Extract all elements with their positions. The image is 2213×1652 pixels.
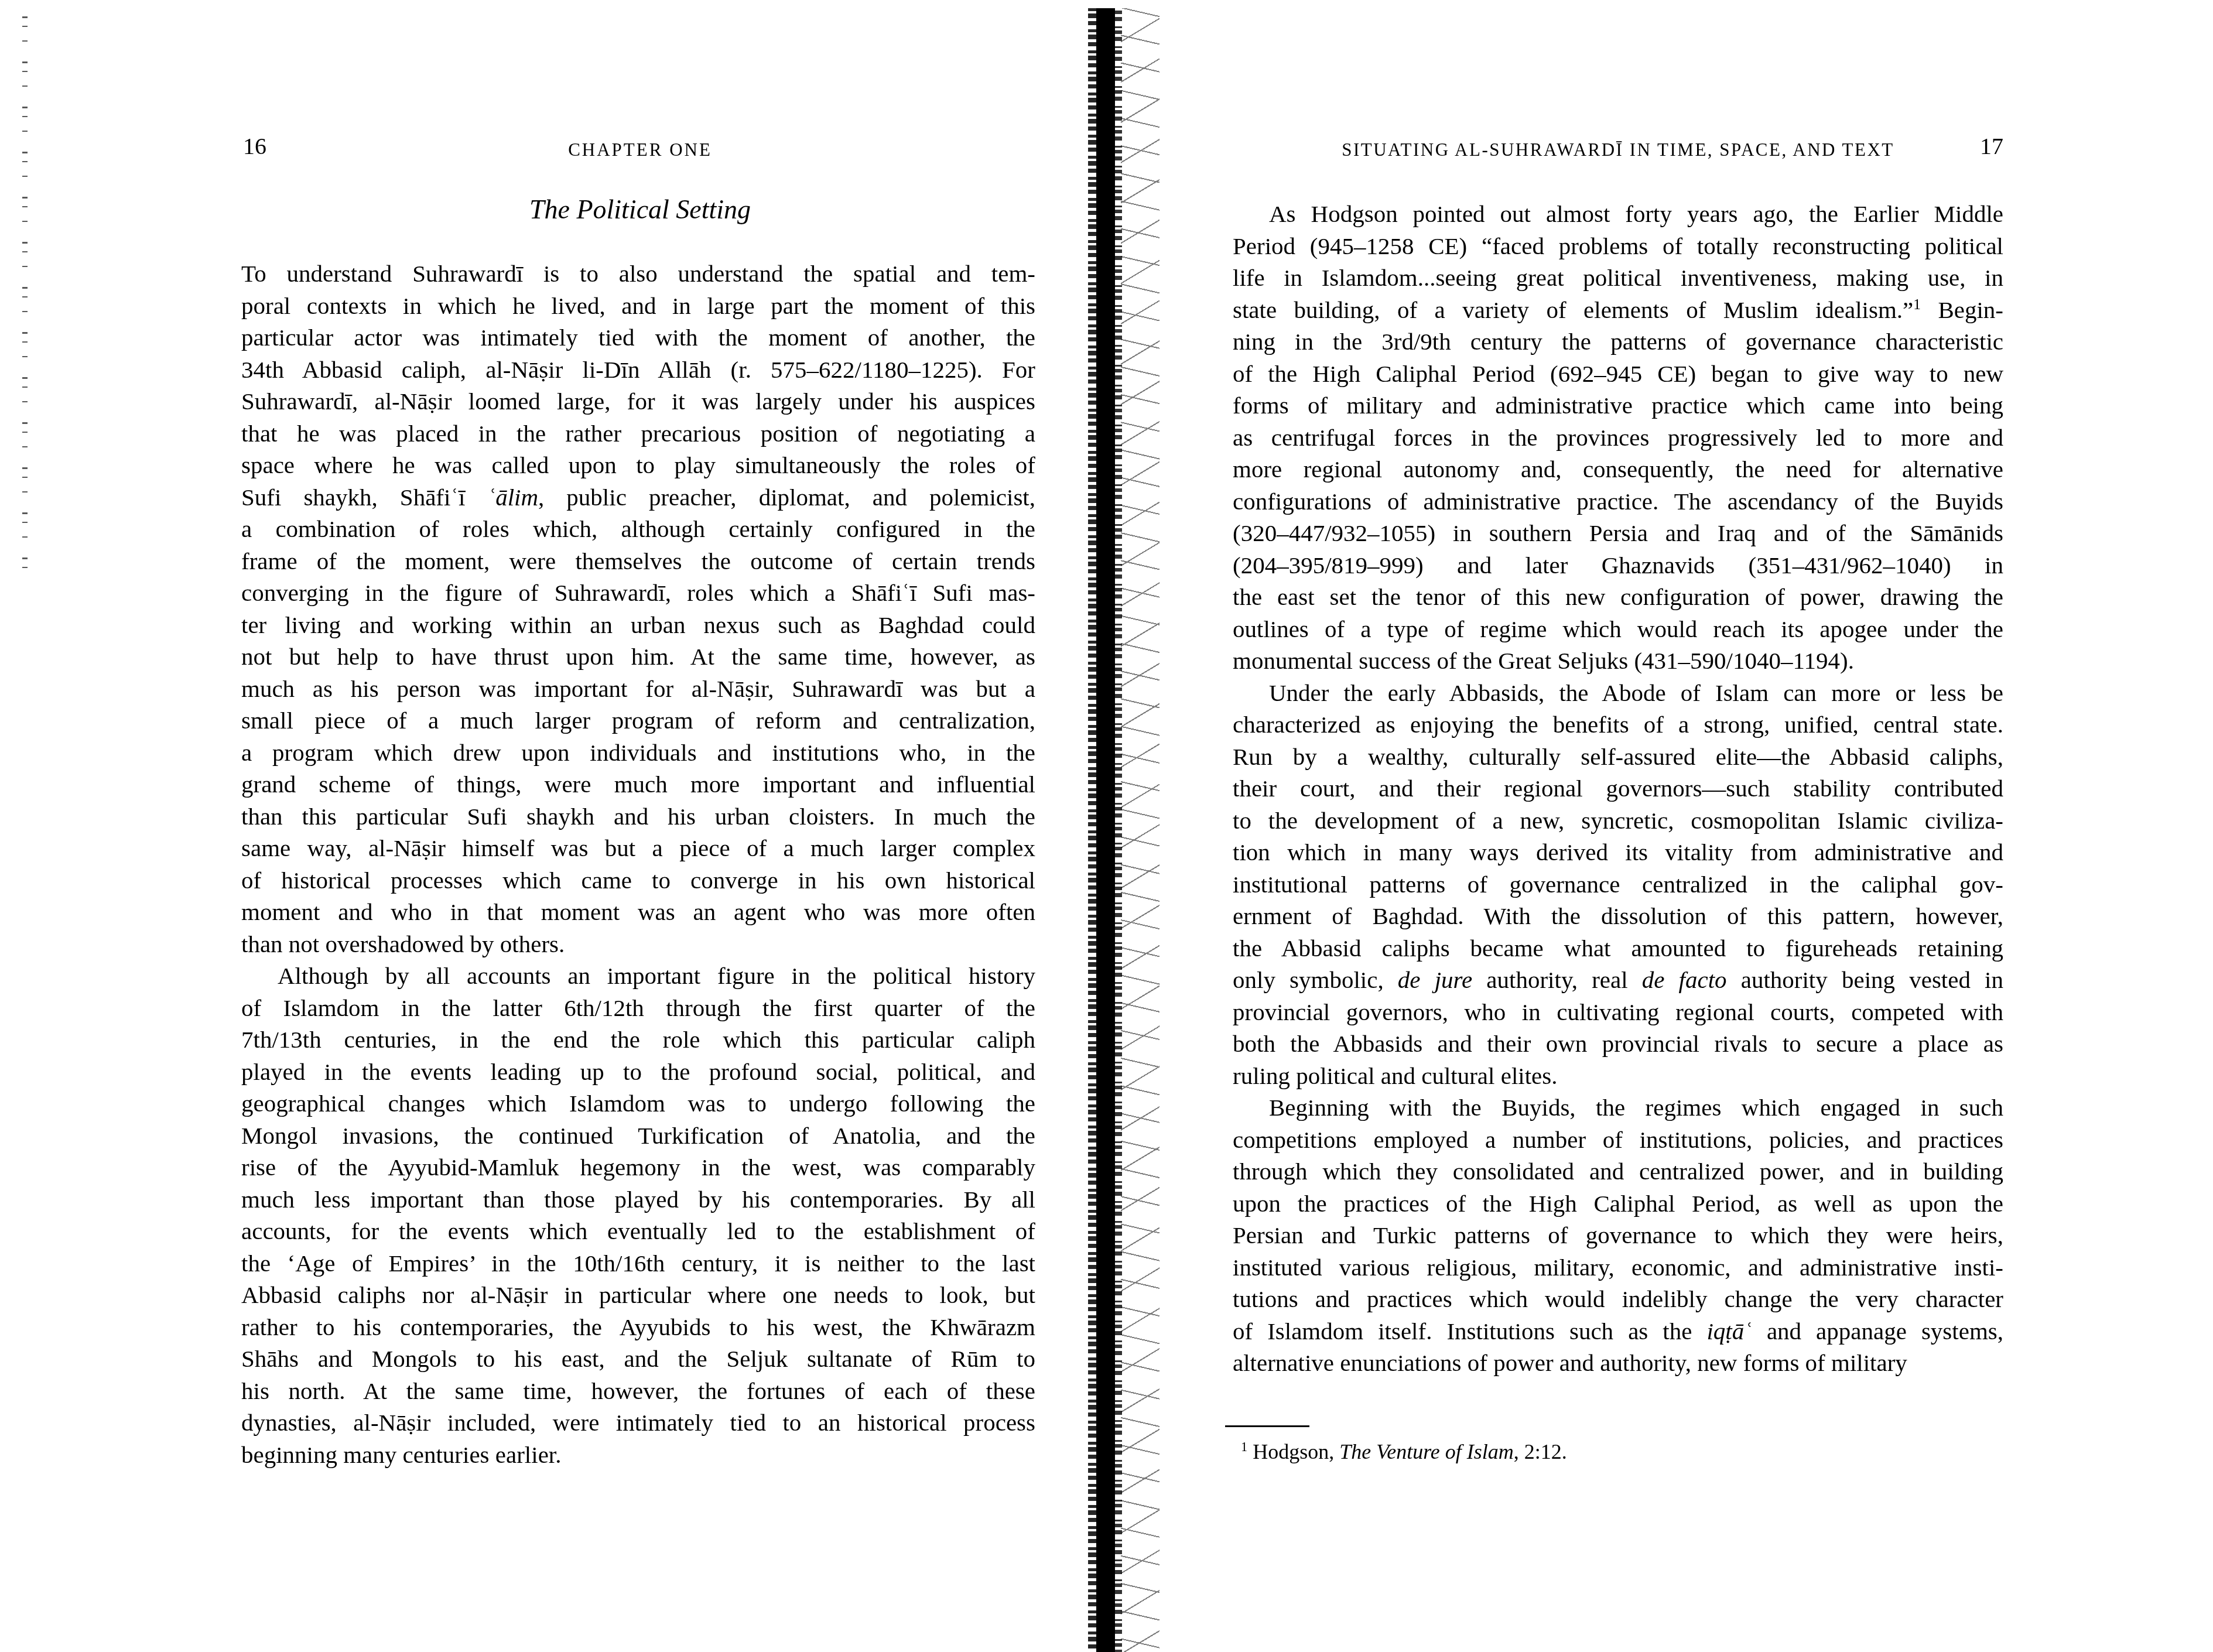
body-line: As Hodgson pointed out almost forty year… bbox=[1233, 198, 2003, 230]
section-title: The Political Setting bbox=[243, 194, 1037, 225]
body-line: not but help to have thrust upon him. At… bbox=[241, 641, 1035, 673]
body-line: moment and who in that moment was an age… bbox=[241, 896, 1035, 928]
body-line: configurations of administrative practic… bbox=[1233, 485, 2003, 518]
paragraph: Beginning with the Buyids, the regimes w… bbox=[1233, 1092, 2003, 1379]
body-line: institutional patterns of governance cen… bbox=[1233, 868, 2003, 901]
body-line: ruling political and cultural elites. bbox=[1233, 1060, 2003, 1092]
body-line: ter living and working within an urban n… bbox=[241, 609, 1035, 641]
body-line: Although by all accounts an important fi… bbox=[241, 960, 1035, 992]
body-line: tion which in many ways derived its vita… bbox=[1233, 836, 2003, 868]
body-line: geographical changes which Islamdom was … bbox=[241, 1087, 1035, 1120]
body-line: his north. At the same time, however, th… bbox=[241, 1375, 1035, 1407]
body-line: Persian and Turkic patterns of governanc… bbox=[1233, 1219, 2003, 1251]
body-line: provincial governors, who in cultivating… bbox=[1233, 996, 2003, 1028]
body-line: ning in the 3rd/9th century the patterns… bbox=[1233, 326, 2003, 358]
book-scan-spread: 16 CHAPTER ONE The Political Setting To … bbox=[0, 0, 2213, 1652]
body-line: to the development of a new, syncretic, … bbox=[1233, 805, 2003, 837]
body-line: the ‘Age of Empires’ in the 10th/16th ce… bbox=[241, 1247, 1035, 1280]
body-line: frame of the moment, were themselves the… bbox=[241, 545, 1035, 577]
body-line: life in Islamdom...seeing great politica… bbox=[1233, 262, 2003, 294]
body-line: Shāhs and Mongols to his east, and the S… bbox=[241, 1343, 1035, 1375]
body-line: tutions and practices which would indeli… bbox=[1233, 1283, 2003, 1315]
body-line: characterized as enjoying the benefits o… bbox=[1233, 709, 2003, 741]
footnote: 1 Hodgson, The Venture of Islam, 2:12. bbox=[1233, 1438, 2012, 1465]
body-line: space where he was called upon to play s… bbox=[241, 449, 1035, 481]
body-line: of the High Caliphal Period (692–945 CE)… bbox=[1233, 358, 2003, 390]
body-line: grand scheme of things, were much more i… bbox=[241, 768, 1035, 801]
body-line: small piece of a much larger program of … bbox=[241, 704, 1035, 737]
body-line: Sufi shaykh, Shāfiʿī ʿālim, public preac… bbox=[241, 481, 1035, 514]
body-line: (204–395/819–999) and later Ghaznavids (… bbox=[1233, 549, 2003, 582]
body-line: (320–447/932–1055) in southern Persia an… bbox=[1233, 517, 2003, 549]
body-line: than this particular Sufi shaykh and his… bbox=[241, 801, 1035, 833]
body-line: rise of the Ayyubid-Mamluk hegemony in t… bbox=[241, 1151, 1035, 1184]
gutter-speckle-noise bbox=[1121, 8, 1159, 1652]
body-line: Period (945–1258 CE) “faced problems of … bbox=[1233, 230, 2003, 262]
body-line: of Islamdom in the latter 6th/12th throu… bbox=[241, 992, 1035, 1024]
body-line: of Islamdom itself. Institutions such as… bbox=[1233, 1315, 2003, 1347]
body-line: Under the early Abbasids, the Abode of I… bbox=[1233, 677, 2003, 709]
body-line: played in the events leading up to the p… bbox=[241, 1056, 1035, 1088]
body-line: only symbolic, de jure authority, real d… bbox=[1233, 964, 2003, 996]
gutter-shadow bbox=[1096, 8, 1115, 1652]
paragraph: To understand Suhrawardī is to also unde… bbox=[241, 258, 1035, 960]
body-line: monumental success of the Great Seljuks … bbox=[1233, 645, 2003, 677]
body-line: of historical processes which came to co… bbox=[241, 864, 1035, 897]
body-line: more regional autonomy and, consequently… bbox=[1233, 453, 2003, 485]
scan-edge-noise bbox=[22, 16, 28, 579]
body-line: upon the practices of the High Caliphal … bbox=[1233, 1188, 2003, 1220]
body-line: To understand Suhrawardī is to also unde… bbox=[241, 258, 1035, 290]
body-line: instituted various religious, military, … bbox=[1233, 1251, 2003, 1284]
running-header-left: CHAPTER ONE bbox=[243, 139, 1037, 160]
paragraph: Under the early Abbasids, the Abode of I… bbox=[1233, 677, 2003, 1092]
body-line: Run by a wealthy, culturally self-assure… bbox=[1233, 741, 2003, 773]
body-line: poral contexts in which he lived, and in… bbox=[241, 290, 1035, 322]
body-line: same way, al-Nāṣir himself was but a pie… bbox=[241, 832, 1035, 864]
body-line: accounts, for the events which eventuall… bbox=[241, 1215, 1035, 1247]
footnote-rule bbox=[1225, 1425, 1309, 1427]
body-line: than not overshadowed by others. bbox=[241, 928, 1035, 960]
body-line: the Abbasid caliphs became what amounted… bbox=[1233, 932, 2003, 964]
body-line: 34th Abbasid caliph, al-Nāṣir li-Dīn All… bbox=[241, 354, 1035, 386]
body-line: the east set the tenor of this new confi… bbox=[1233, 581, 2003, 613]
page-number-right: 17 bbox=[1233, 135, 2003, 158]
left-page-body: To understand Suhrawardī is to also unde… bbox=[241, 258, 1035, 1470]
body-line: Suhrawardī, al-Nāṣir loomed large, for i… bbox=[241, 385, 1035, 418]
body-line: alternative enunciations of power and au… bbox=[1233, 1347, 2003, 1379]
body-line: a combination of roles which, although c… bbox=[241, 513, 1035, 545]
body-line: Abbasid caliphs nor al-Nāṣir in particul… bbox=[241, 1279, 1035, 1311]
body-line: that he was placed in the rather precari… bbox=[241, 418, 1035, 450]
body-line: Beginning with the Buyids, the regimes w… bbox=[1233, 1092, 2003, 1124]
body-line: much as his person was important for al-… bbox=[241, 673, 1035, 705]
body-line: dynasties, al-Nāṣir included, were intim… bbox=[241, 1407, 1035, 1439]
body-line: ernment of Baghdad. With the dissolution… bbox=[1233, 900, 2003, 932]
body-line: beginning many centuries earlier. bbox=[241, 1439, 1035, 1471]
right-page-body: As Hodgson pointed out almost forty year… bbox=[1233, 198, 2003, 1379]
body-line: a program which drew upon individuals an… bbox=[241, 737, 1035, 769]
body-line: state building, of a variety of elements… bbox=[1233, 294, 2003, 326]
body-line: as centrifugal forces in the provinces p… bbox=[1233, 422, 2003, 454]
body-line: converging in the figure of Suhrawardī, … bbox=[241, 577, 1035, 609]
body-line: outlines of a type of regime which would… bbox=[1233, 613, 2003, 645]
body-line: forms of military and administrative pra… bbox=[1233, 389, 2003, 422]
body-line: their court, and their regional governor… bbox=[1233, 772, 2003, 805]
body-line: 7th/13th centuries, in the end the role … bbox=[241, 1024, 1035, 1056]
body-line: through which they consolidated and cent… bbox=[1233, 1155, 2003, 1188]
body-line: much less important than those played by… bbox=[241, 1184, 1035, 1216]
paragraph: As Hodgson pointed out almost forty year… bbox=[1233, 198, 2003, 677]
body-line: Mongol invasions, the continued Turkific… bbox=[241, 1120, 1035, 1152]
paragraph: Although by all accounts an important fi… bbox=[241, 960, 1035, 1470]
body-line: rather to his contemporaries, the Ayyubi… bbox=[241, 1311, 1035, 1343]
body-line: both the Abbasids and their own provinci… bbox=[1233, 1028, 2003, 1060]
body-line: competitions employed a number of instit… bbox=[1233, 1124, 2003, 1156]
body-line: particular actor was intimately tied wit… bbox=[241, 321, 1035, 354]
